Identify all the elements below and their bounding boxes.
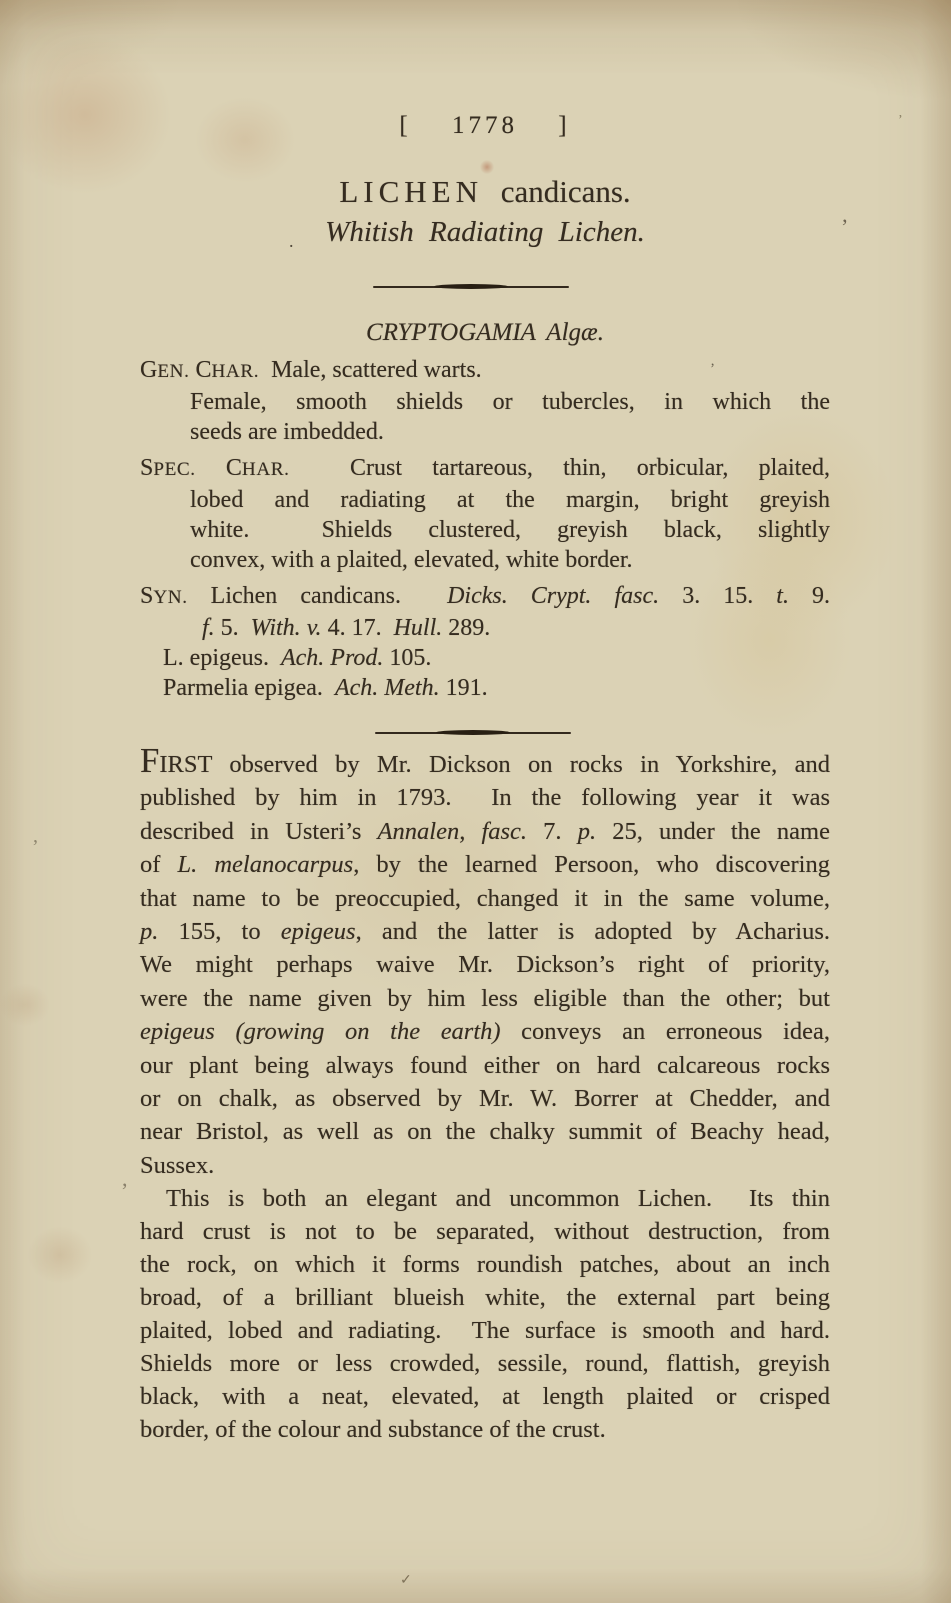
text-line: L. epigeus. Ach. Prod. 105. — [140, 643, 830, 673]
text-run: white. Shields clustered, greyish black,… — [190, 517, 830, 543]
common-name-subtitle: Whitish Radiating Lichen. — [140, 212, 830, 252]
text-run: , by the learned Persoon, who discoverin… — [353, 851, 830, 878]
text-line: GEN. CHAR. Male, scattered warts. — [140, 355, 830, 387]
text-line: FIRST observed by Mr. Dickson on rocks i… — [140, 748, 830, 781]
generic-character-block: GEN. CHAR. Male, scattered warts.Female,… — [140, 355, 830, 447]
text-run: f. — [202, 615, 215, 641]
text-run: Annalen, fasc. — [378, 818, 528, 845]
text-run: epigeus (growing on the earth) — [140, 1018, 501, 1045]
text-line: the rock, on which it forms roundish pat… — [140, 1248, 830, 1281]
text-run: With. — [251, 615, 301, 641]
text-run: that name to be preoccupied, changed it … — [140, 885, 830, 912]
text-run: conveys an erroneous idea, — [501, 1018, 830, 1045]
text-line: Whitish Radiating Lichen. — [140, 212, 830, 252]
text-run: p. — [140, 918, 158, 945]
text-run: Shields more or less crowded, sessile, r… — [140, 1350, 830, 1377]
text-run: YN. — [153, 587, 187, 608]
species-title: LICHEN candicans. — [140, 172, 830, 212]
ink-speck: ✓ — [400, 1574, 412, 1588]
text-run: [ 1778 ] — [399, 112, 570, 139]
text-run: L. epigeus. — [163, 645, 281, 671]
text-line: Parmelia epigea. Ach. Meth. 191. — [140, 673, 830, 703]
text-run: C — [196, 455, 242, 481]
text-run: observed by Mr. Dickson on rocks in York… — [212, 751, 830, 778]
divider-lens — [436, 730, 510, 735]
ink-speck: , — [33, 826, 38, 846]
text-run: epigeus — [281, 918, 356, 945]
text-run: HAR. — [211, 361, 259, 382]
text-line: convex, with a plaited, elevated, white … — [140, 545, 830, 575]
text-run: 9. — [789, 583, 830, 609]
text-line: near Bristol, as well as on the chalky s… — [140, 1115, 830, 1148]
text-run: 25, under the name — [596, 818, 830, 845]
text-line: plaited, lobed and radiating. The surfac… — [140, 1314, 830, 1347]
synonyms-block: SYN. Lichen candicans. Dicks. Crypt. fas… — [140, 581, 830, 703]
page-number: [ 1778 ] — [140, 111, 830, 141]
text-run: S — [140, 455, 153, 481]
text-line: of L. melanocarpus, by the learned Perso… — [140, 848, 830, 881]
text-run: F — [140, 741, 159, 780]
text-line: epigeus (growing on the earth) conveys a… — [140, 1015, 830, 1048]
text-line: described in Usteri’s Annalen, fasc. 7. … — [140, 815, 830, 848]
text-run: C — [189, 357, 211, 383]
text-run: PEC. — [153, 459, 195, 480]
text-run: of — [140, 851, 178, 878]
text-line: lobed and radiating at the margin, brigh… — [140, 485, 830, 515]
text-line: seeds are imbedded. — [140, 417, 830, 447]
specific-character-block: SPEC. CHAR. Crust tartareous, thin, orbi… — [140, 453, 830, 575]
text-run: described in Usteri’s — [140, 818, 378, 845]
text-line: broad, of a brilliant blueish white, the… — [140, 1281, 830, 1314]
text-run: candicans. — [483, 174, 631, 209]
text-run: 3. 15. — [659, 583, 776, 609]
text-line: Shields more or less crowded, sessile, r… — [140, 1347, 830, 1380]
text-run: convex, with a plaited, elevated, white … — [190, 547, 633, 573]
text-run: G — [140, 357, 157, 383]
text-run: hard crust is not to be separated, witho… — [140, 1218, 830, 1245]
text-run: seeds are imbedded. — [190, 419, 384, 445]
text-run: Crust tartareous, thin, orbicular, plait… — [290, 455, 830, 481]
text-line: black, with a neat, elevated, at length … — [140, 1380, 830, 1413]
text-run: Dicks. Crypt. fasc. — [447, 583, 659, 609]
text-line: our plant being always found either on h… — [140, 1049, 830, 1082]
text-run: 289. — [442, 615, 490, 641]
text-run: the rock, on which it forms roundish pat… — [140, 1251, 830, 1278]
text-line: LICHEN candicans. — [140, 172, 830, 212]
text-run: 155, to — [158, 918, 280, 945]
body-paragraph-description: This is both an elegant and uncommon Lic… — [140, 1182, 830, 1446]
text-run: 191. — [440, 675, 488, 701]
text-line: CRYPTOGAMIA Algæ. — [140, 317, 830, 349]
text-run: published by him in 1793. In the followi… — [140, 784, 830, 811]
text-run: HAR. — [242, 459, 290, 480]
body-paragraph-history: FIRST observed by Mr. Dickson on rocks i… — [140, 748, 830, 1182]
text-run: Parmelia epigea. — [163, 675, 335, 701]
text-run: EN. — [157, 361, 189, 382]
text-run: Male, scattered warts. — [259, 357, 482, 383]
text-run: 7. — [527, 818, 578, 845]
text-line: We might perhaps waive Mr. Dickson’s rig… — [140, 948, 830, 981]
text-run: This is both an elegant and uncommon Lic… — [166, 1185, 830, 1212]
text-run: plaited, lobed and radiating. The surfac… — [140, 1317, 830, 1344]
text-line: border, of the colour and substance of t… — [140, 1413, 830, 1446]
text-line: white. Shields clustered, greyish black,… — [140, 515, 830, 545]
text-run: 5. — [215, 615, 251, 641]
text-line: SYN. Lichen candicans. Dicks. Crypt. fas… — [140, 581, 830, 613]
text-run: were the name given by him less eligible… — [140, 985, 830, 1012]
text-run: Ach. Meth. — [335, 675, 440, 701]
text-run: We might perhaps waive Mr. Dickson’s rig… — [140, 951, 830, 978]
text-line: published by him in 1793. In the followi… — [140, 781, 830, 814]
text-run: 105. — [383, 645, 431, 671]
classification-heading: CRYPTOGAMIA Algæ. — [140, 317, 830, 349]
text-run: IRST — [159, 751, 212, 778]
ink-speck: , — [122, 1168, 128, 1190]
text-run: Ach. Prod. — [281, 645, 383, 671]
text-line: p. 155, to epigeus, and the latter is ad… — [140, 915, 830, 948]
ink-speck: ’ — [898, 114, 903, 128]
text-run: Sussex. — [140, 1152, 214, 1179]
text-run: 4. 17. — [322, 615, 394, 641]
text-line: hard crust is not to be separated, witho… — [140, 1215, 830, 1248]
text-line: [ 1778 ] — [140, 111, 830, 141]
text-run: broad, of a brilliant blueish white, the… — [140, 1284, 830, 1311]
text-run: Hull. — [394, 615, 443, 641]
divider-lens — [434, 284, 508, 289]
text-run: black, with a neat, elevated, at length … — [140, 1383, 830, 1410]
text-line: Sussex. — [140, 1149, 830, 1182]
scanned-book-page: [ 1778 ] LICHEN candicans. Whitish Radia… — [0, 0, 951, 1603]
text-line: f. 5. With. v. 4. 17. Hull. 289. — [140, 613, 830, 643]
tapered-rule-divider — [375, 729, 571, 736]
text-run: Lichen candicans. — [188, 583, 447, 609]
text-run: near Bristol, as well as on the chalky s… — [140, 1118, 830, 1145]
text-line: were the name given by him less eligible… — [140, 982, 830, 1015]
text-line: that name to be preoccupied, changed it … — [140, 882, 830, 915]
text-run: S — [140, 583, 153, 609]
text-line: Female, smooth shields or tubercles, in … — [140, 387, 830, 417]
text-run: Female, smooth shields or tubercles, in … — [190, 389, 830, 415]
text-run: p. — [578, 818, 596, 845]
tapered-rule-divider — [373, 283, 569, 290]
text-run: , and the latter is adopted by Acharius. — [356, 918, 830, 945]
text-run: LICHEN — [339, 174, 483, 209]
text-line: This is both an elegant and uncommon Lic… — [140, 1182, 830, 1215]
text-run: t. — [776, 583, 789, 609]
text-run: border, of the colour and substance of t… — [140, 1416, 606, 1443]
text-line: SPEC. CHAR. Crust tartareous, thin, orbi… — [140, 453, 830, 485]
text-column: [ 1778 ] LICHEN candicans. Whitish Radia… — [140, 111, 830, 1446]
text-run: CRYPTOGAMIA Algæ. — [366, 319, 604, 346]
text-run: v. — [307, 615, 322, 641]
ink-speck: ’ — [841, 216, 848, 238]
text-run: Whitish Radiating Lichen. — [325, 216, 645, 248]
text-run: our plant being always found either on h… — [140, 1052, 830, 1079]
text-run: or on chalk, as observed by Mr. W. Borre… — [140, 1085, 830, 1112]
text-run: L. melanocarpus — [178, 851, 354, 878]
text-line: or on chalk, as observed by Mr. W. Borre… — [140, 1082, 830, 1115]
text-run: lobed and radiating at the margin, brigh… — [190, 487, 830, 513]
